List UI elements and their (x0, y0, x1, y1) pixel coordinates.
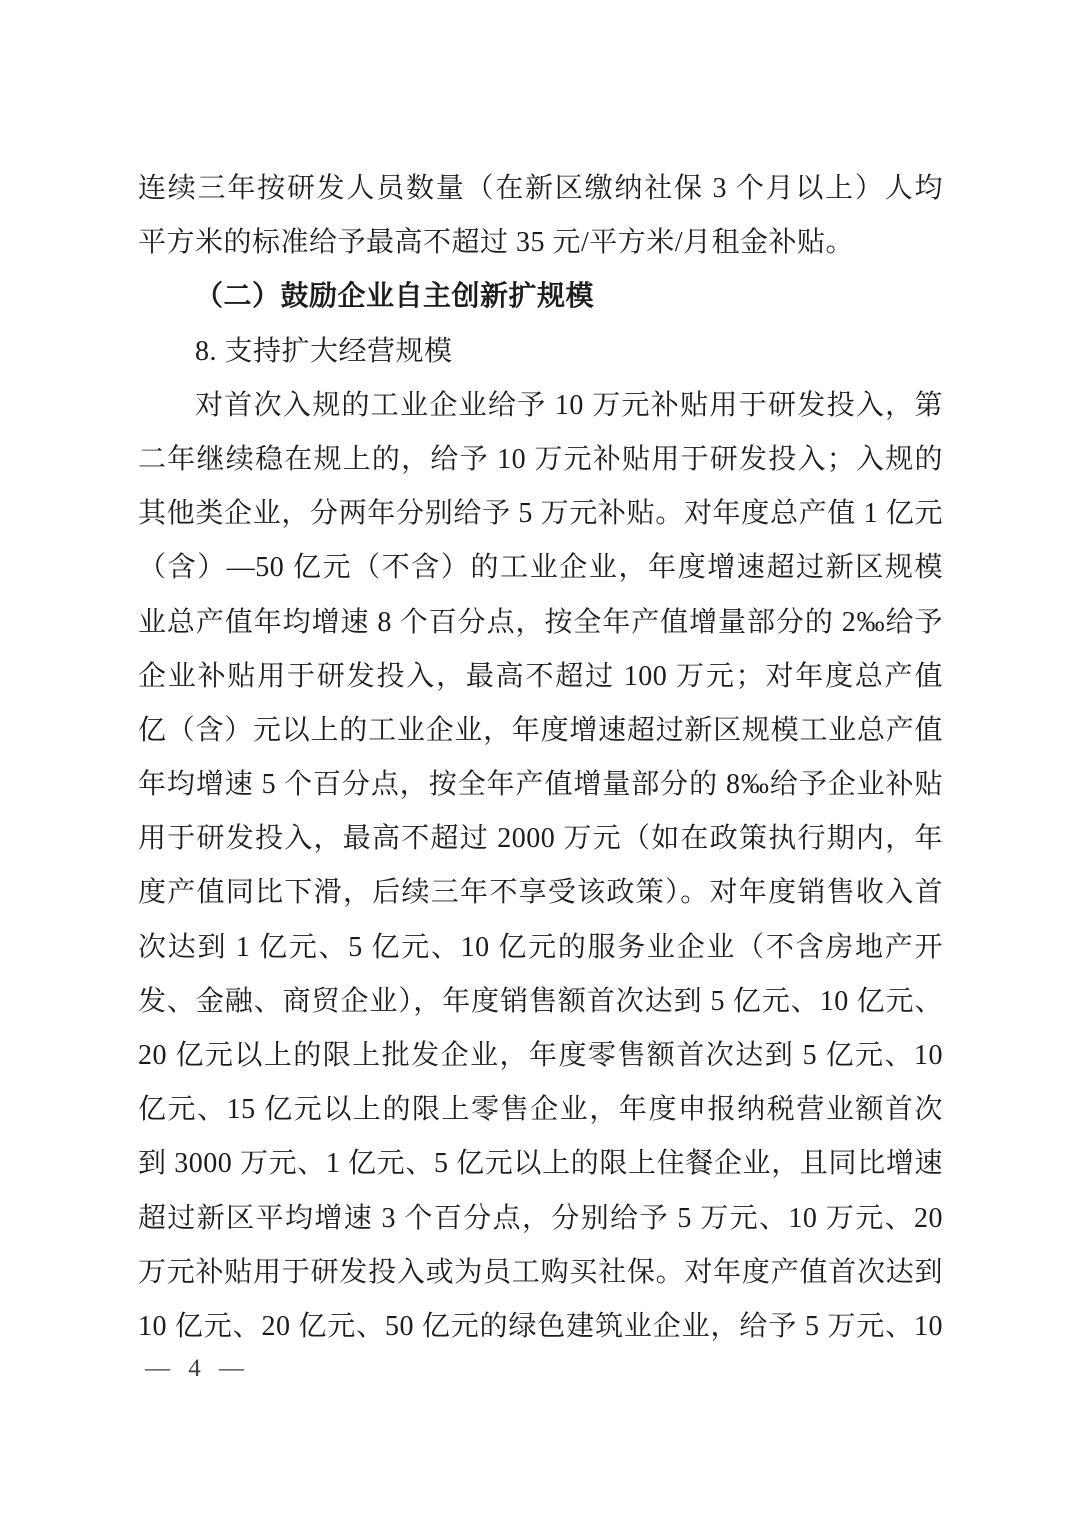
text-line: 其他类企业，分两年分别给予 5 万元补贴。对年度总产值 1 亿元 (138, 487, 943, 541)
text-line: 对首次入规的工业企业给予 10 万元补贴用于研发投入，第 (138, 379, 943, 433)
text-line: 次达到 1 亿元、5 亿元、10 亿元的服务业企业（不含房地产开 (138, 921, 943, 975)
page-number: — 4 — (145, 1352, 250, 1386)
text-line: （含）—50 亿元（不含）的工业企业，年度增速超过新区规模工 (138, 541, 943, 595)
text-line: 企业补贴用于研发投入，最高不超过 100 万元；对年度总产值 50 (138, 650, 943, 704)
text-line: 8. 支持扩大经营规模 (138, 325, 943, 379)
text-line: 超过新区平均增速 3 个百分点，分别给予 5 万元、10 万元、20 (138, 1192, 943, 1246)
text-line: 业总产值年均增速 8 个百分点，按全年产值增量部分的 2‰给予 (138, 596, 943, 650)
text-line: 到 3000 万元、1 亿元、5 亿元以上的限上住餐企业，且同比增速 (138, 1137, 943, 1191)
text-line: 10 亿元、20 亿元、50 亿元的绿色建筑业企业，给予 5 万元、10 (138, 1300, 943, 1354)
document-body: 连续三年按研发人员数量（在新区缴纳社保 3 个月以上）人均 30平方米的标准给予… (138, 162, 943, 1354)
text-line: 年均增速 5 个百分点，按全年产值增量部分的 8‰给予企业补贴 (138, 758, 943, 812)
text-line: 平方米的标准给予最高不超过 35 元/平方米/月租金补贴。 (138, 216, 943, 270)
text-line: 万元补贴用于研发投入或为员工购买社保。对年度产值首次达到 (138, 1246, 943, 1300)
text-line: 20 亿元以上的限上批发企业，年度零售额首次达到 5 亿元、10 (138, 1029, 943, 1083)
text-line: 连续三年按研发人员数量（在新区缴纳社保 3 个月以上）人均 30 (138, 162, 943, 216)
document-page: 连续三年按研发人员数量（在新区缴纳社保 3 个月以上）人均 30平方米的标准给予… (0, 0, 1074, 1520)
text-line: （二）鼓励企业自主创新扩规模 (138, 270, 943, 324)
text-line: 度产值同比下滑，后续三年不享受该政策）。对年度销售收入首 (138, 866, 943, 920)
text-line: 亿（含）元以上的工业企业，年度增速超过新区规模工业总产值 (138, 704, 943, 758)
text-line: 用于研发投入，最高不超过 2000 万元（如在政策执行期内，年 (138, 812, 943, 866)
text-line: 二年继续稳在规上的，给予 10 万元补贴用于研发投入；入规的 (138, 433, 943, 487)
text-line: 亿元、15 亿元以上的限上零售企业，年度申报纳税营业额首次达 (138, 1083, 943, 1137)
text-line: 发、金融、商贸企业），年度销售额首次达到 5 亿元、10 亿元、 (138, 975, 943, 1029)
